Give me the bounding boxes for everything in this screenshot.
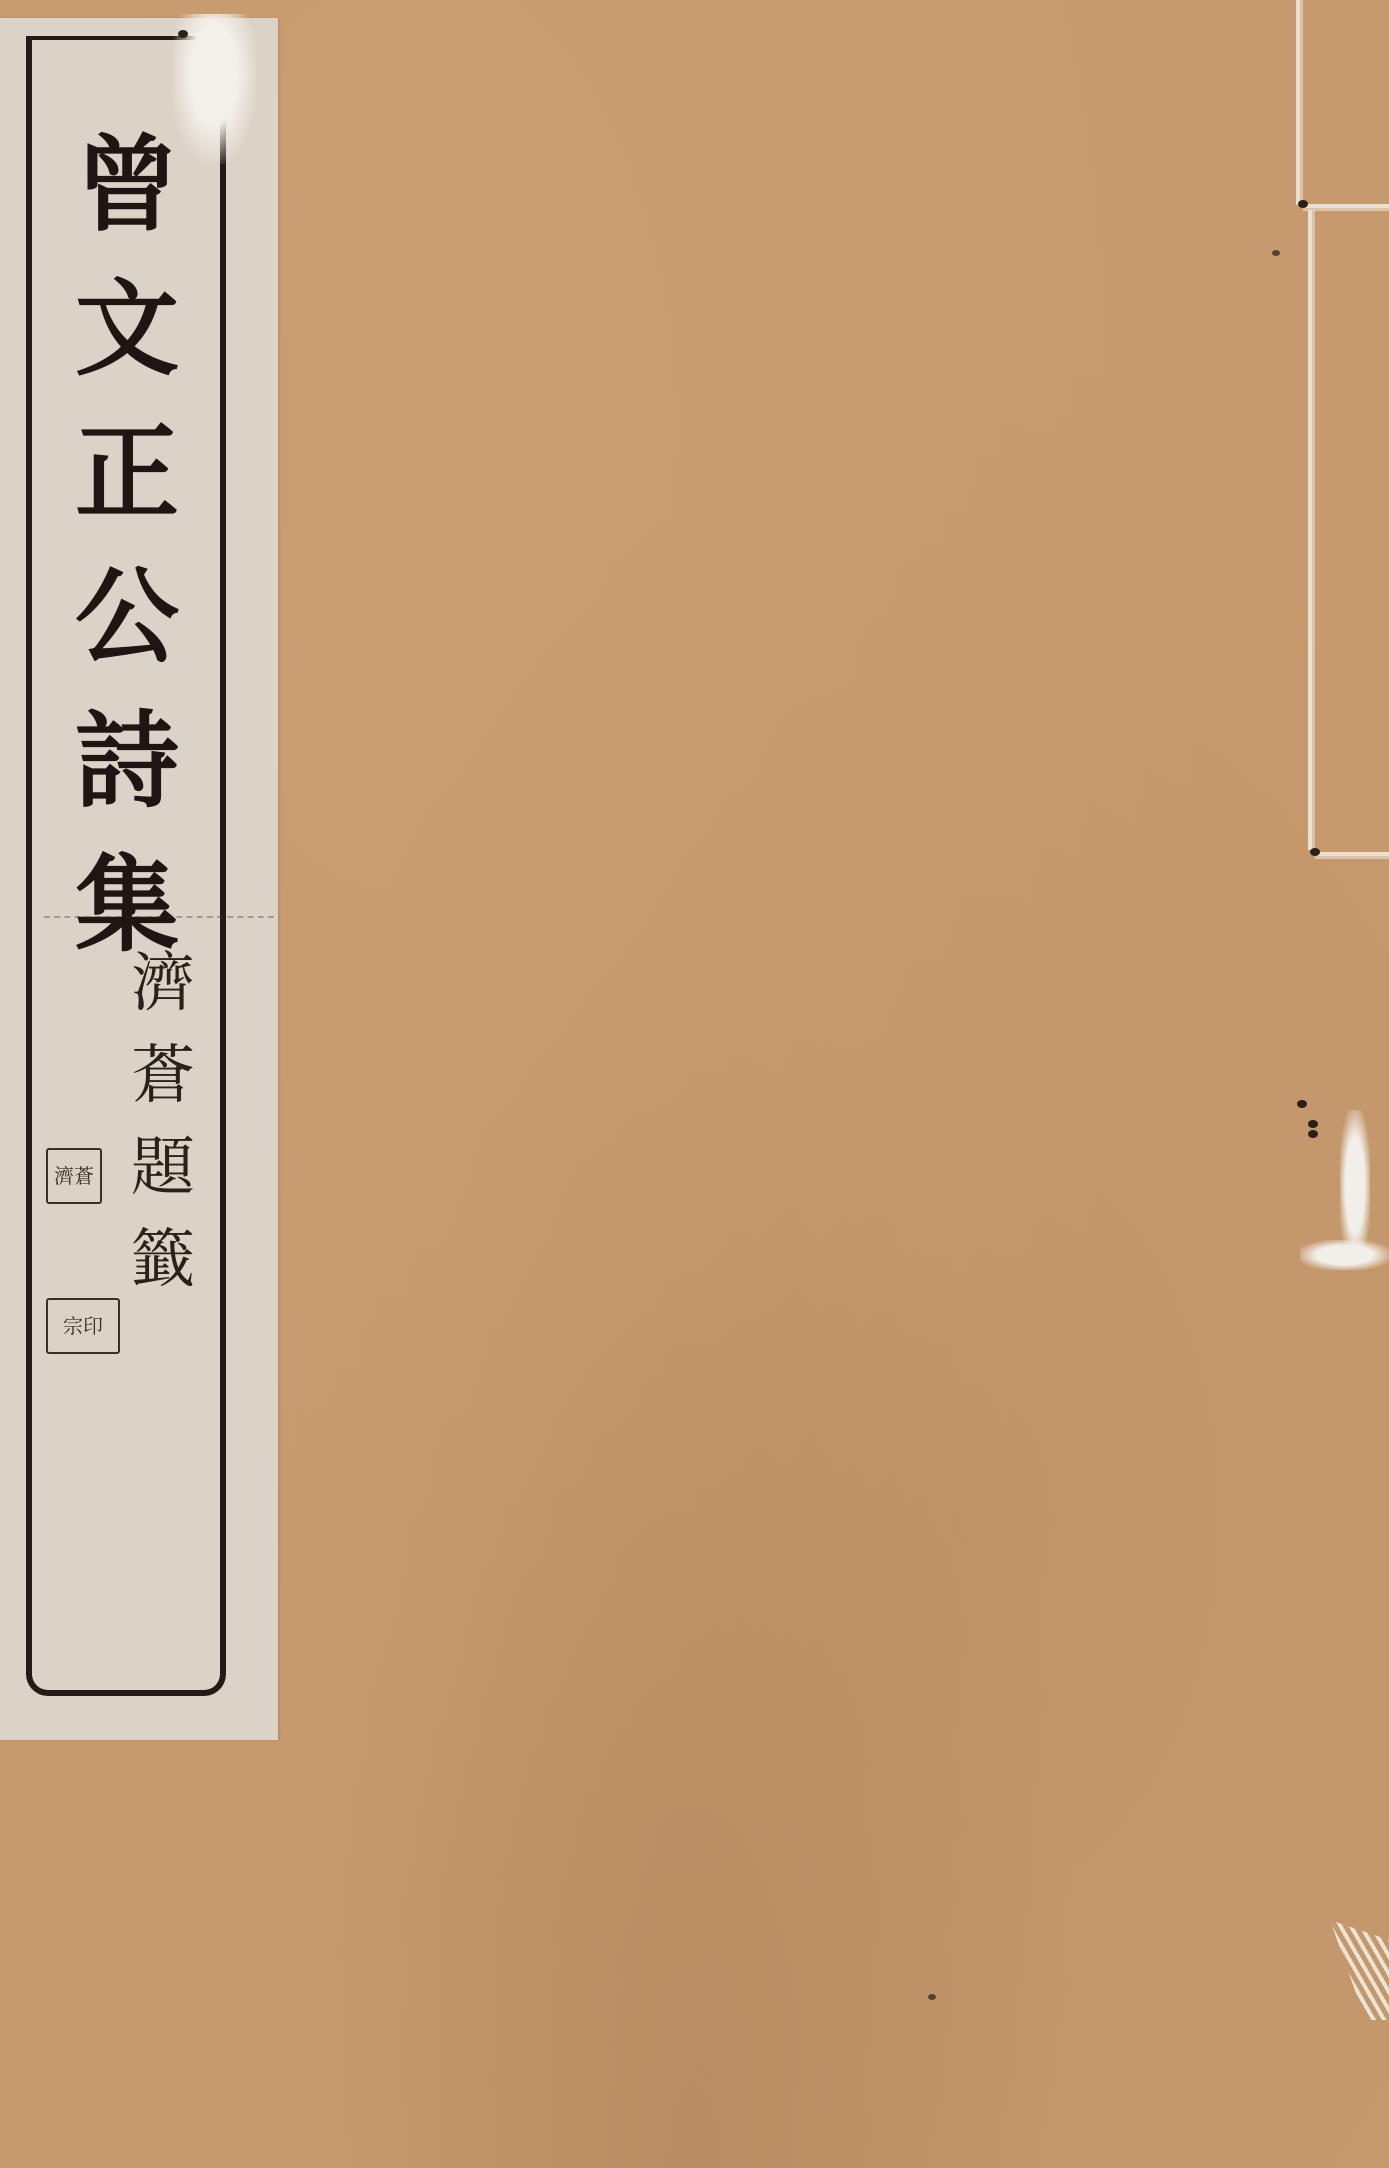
- fold-line: [44, 916, 274, 918]
- binding-hole: [1310, 848, 1320, 856]
- title-char: 公: [75, 545, 179, 689]
- binding-hole: [1308, 1120, 1318, 1128]
- title-char: 詩: [75, 689, 179, 833]
- binding-thread: [1315, 852, 1389, 856]
- paper-tear: [1340, 1110, 1370, 1260]
- speck: [928, 1994, 936, 2000]
- book-title: 曾 文 正 公 詩 集: [62, 113, 192, 977]
- title-char: 曾: [75, 113, 179, 257]
- binding-thread: [1308, 210, 1312, 850]
- paper-tear: [1300, 1240, 1389, 1270]
- binding-hole: [1297, 1100, 1307, 1108]
- worm-hole: [178, 30, 188, 38]
- inscription: 濟 蒼 題 籤: [118, 938, 208, 1306]
- binding-hole: [1308, 1130, 1318, 1138]
- inscription-char: 籤: [131, 1214, 195, 1306]
- book-cover: 曾 文 正 公 詩 集 濟 蒼 題 籤 濟蒼 宗印: [0, 0, 1389, 2168]
- title-char: 正: [75, 401, 179, 545]
- inscription-char: 濟: [131, 938, 195, 1030]
- binding-thread: [1303, 204, 1389, 208]
- binding-hole: [1298, 200, 1308, 208]
- binding-thread-twist: [1330, 1920, 1389, 2020]
- speck: [1272, 250, 1280, 256]
- inscription-char: 題: [131, 1122, 195, 1214]
- title-char: 文: [75, 257, 179, 401]
- seal-stamp: 濟蒼: [46, 1148, 102, 1204]
- binding-thread: [1296, 0, 1300, 205]
- inscription-char: 蒼: [131, 1030, 195, 1122]
- title-label-slip: 曾 文 正 公 詩 集 濟 蒼 題 籤 濟蒼 宗印: [0, 18, 278, 1740]
- seal-stamp: 宗印: [46, 1298, 120, 1354]
